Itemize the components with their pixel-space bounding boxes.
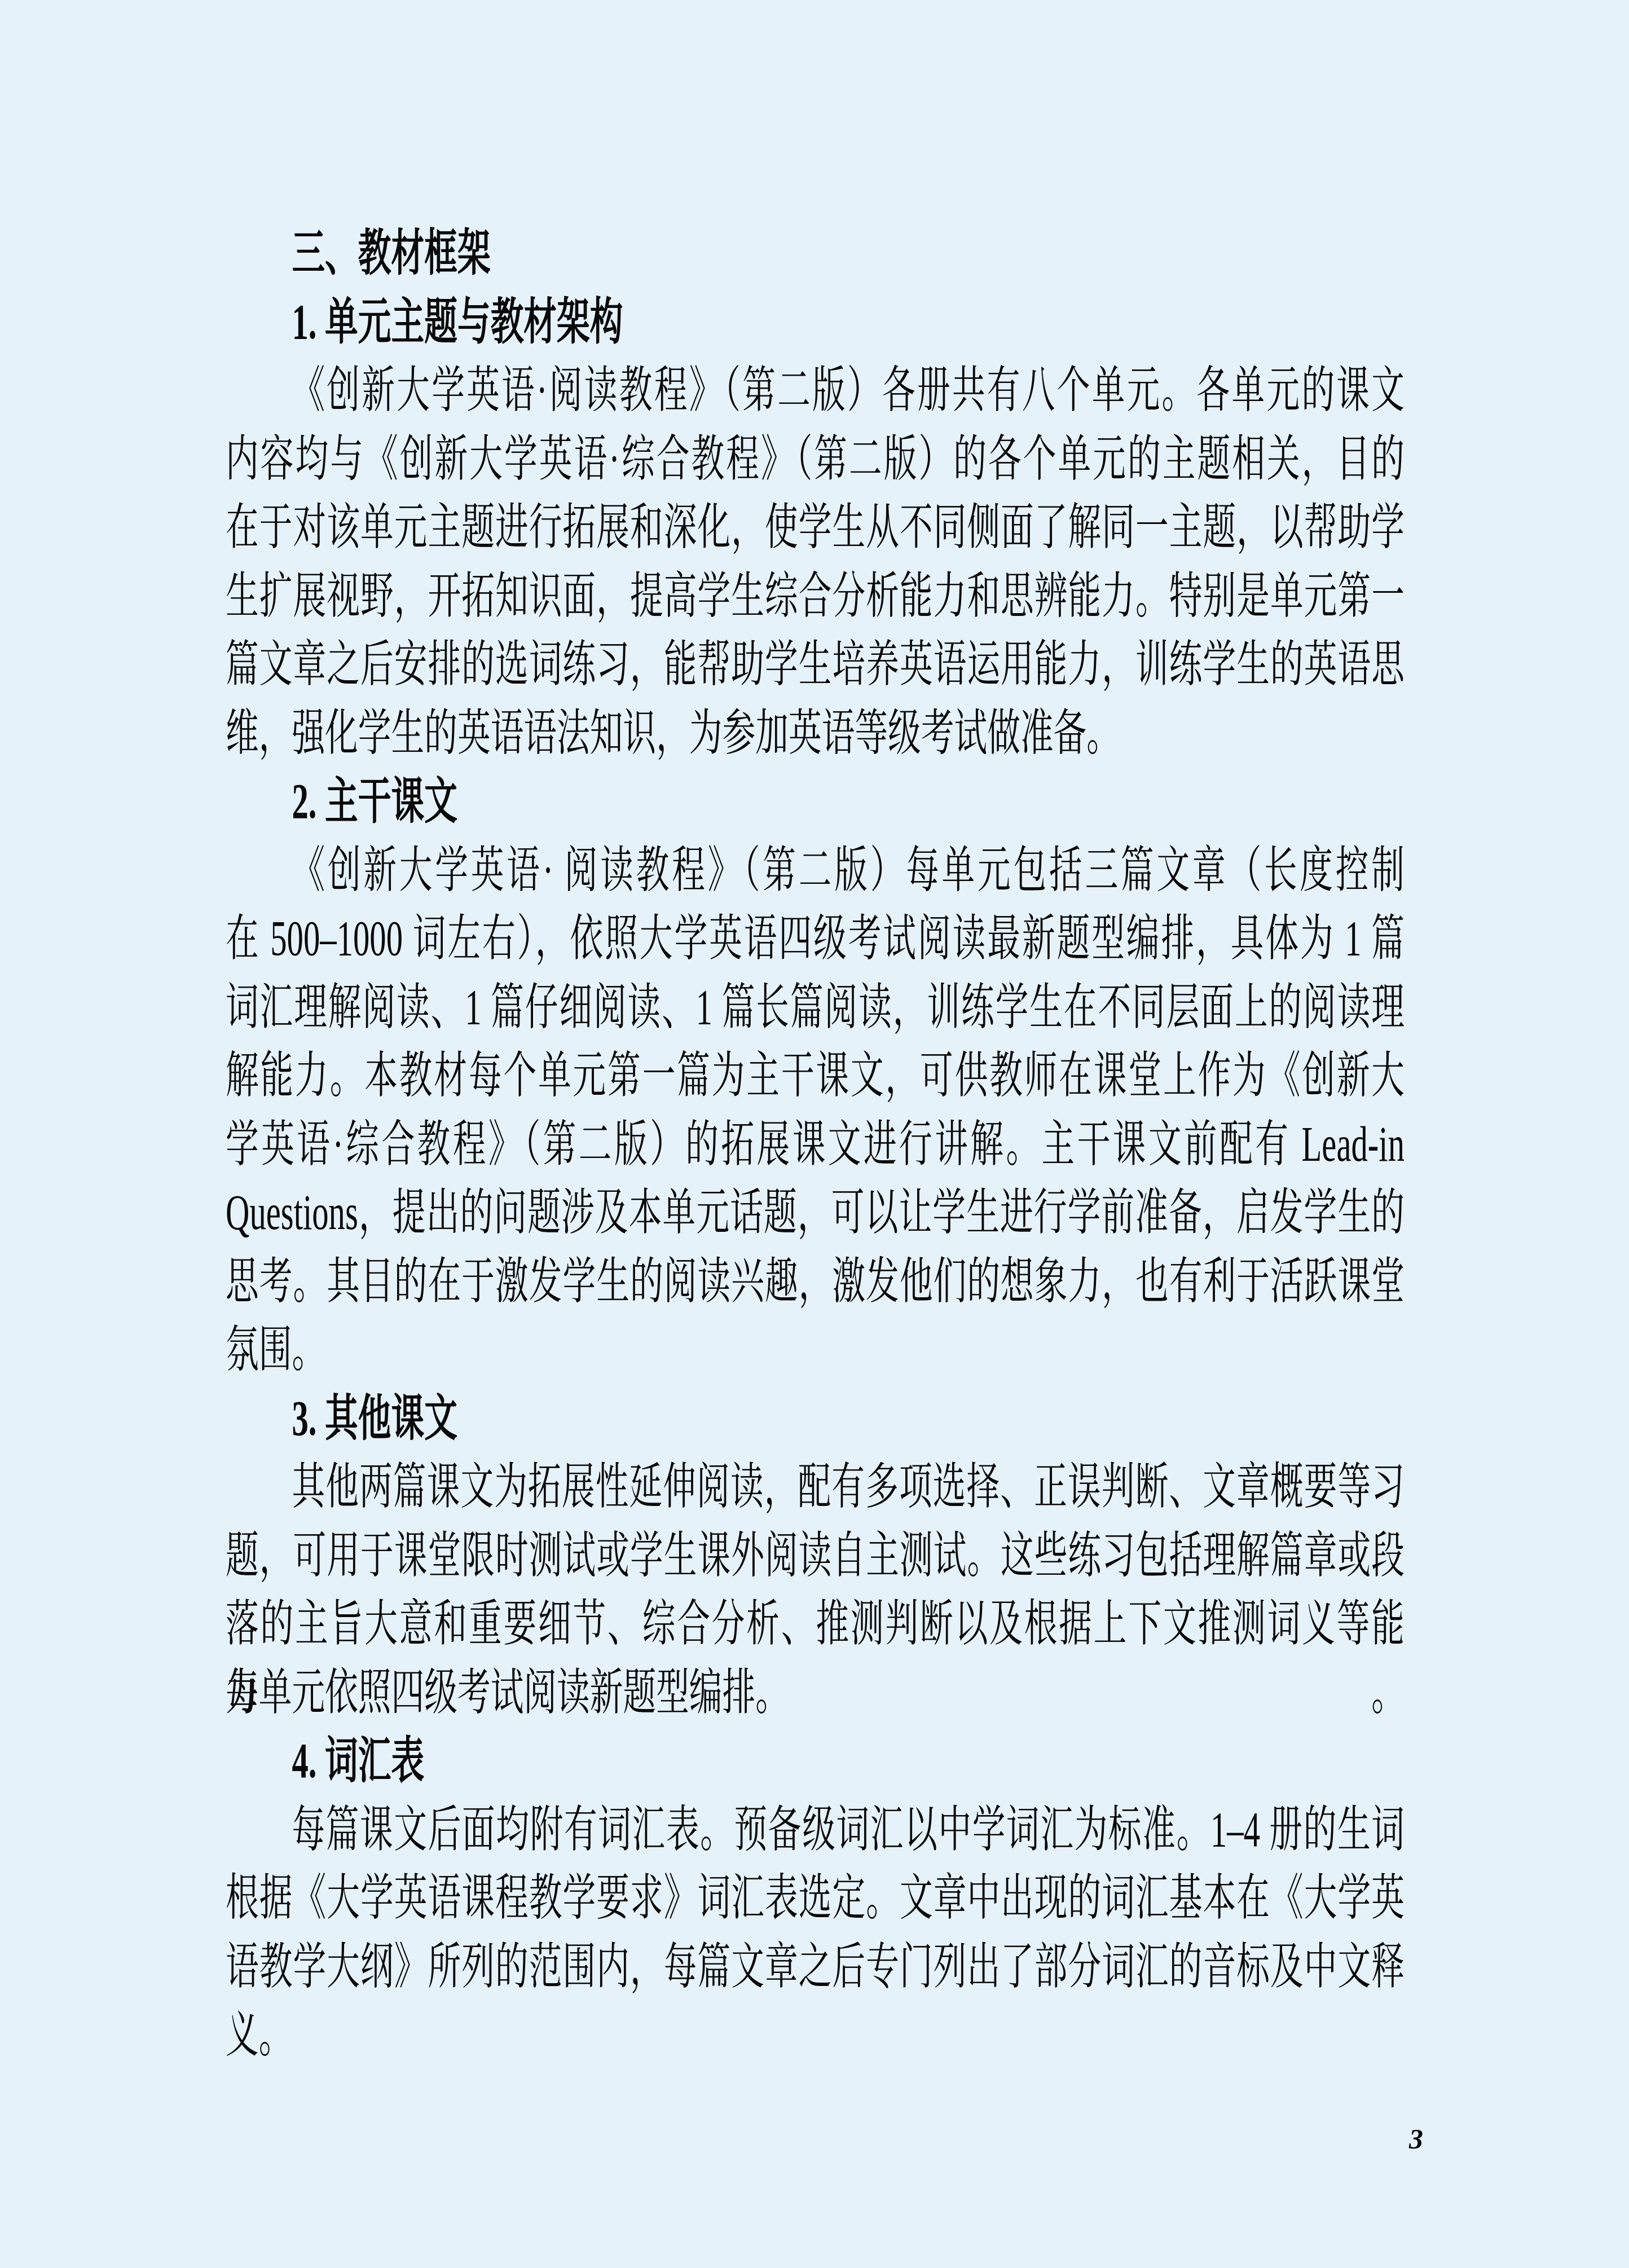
body-line: 词汇理解阅读、1 篇仔细阅读、1 篇长篇阅读，训练学生在不同层面上的阅读理 [226,974,1405,1042]
body-line: 氛围。 [226,1316,1405,1385]
body-line: 根据《大学英语课程教学要求》词汇表选定。文章中出现的词汇基本在《大学英 [226,1864,1405,1933]
body-line: 内容均与《创新大学英语·综合教程》（第二版）的各个单元的主题相关，目的 [226,425,1405,494]
body-line: 每篇课文后面均附有词汇表。预备级词汇以中学词汇为标准。1–4 册的生词 [226,1796,1405,1865]
body-line: Questions，提出的问题涉及本单元话题，可以让学生进行学前准备，启发学生的 [226,1179,1405,1248]
subheading-3: 3. 其他课文 [226,1385,1405,1454]
subheading-2: 2. 主干课文 [226,768,1405,836]
body-line: 《创新大学英语·阅读教程》（第二版）各册共有八个单元。各单元的课文 [226,356,1405,425]
body-line: 生扩展视野，开拓知识面，提高学生综合分析能力和思辨能力。特别是单元第一 [226,562,1405,631]
subheading-4: 4. 词汇表 [226,1727,1405,1796]
body-line: 篇文章之后安排的选词练习，能帮助学生培养英语运用能力，训练学生的英语思 [226,631,1405,699]
body-line: 其他两篇课文为拓展性延伸阅读，配有多项选择、正误判断、文章概要等习 [226,1453,1405,1522]
body-line: 思考。其目的在于激发学生的阅读兴趣，激发他们的想象力，也有利于活跃课堂 [226,1248,1405,1316]
body-line: 题，可用于课堂限时测试或学生课外阅读自主测试。这些练习包括理解篇章或段 [226,1522,1405,1591]
body-line: 维，强化学生的英语语法知识，为参加英语等级考试做准备。 [226,699,1405,768]
main-heading: 三、教材框架 [226,219,1405,288]
body-line: 在于对该单元主题进行拓展和深化，使学生从不同侧面了解同一主题，以帮助学 [226,494,1405,562]
body-line: 义。 [226,2001,1405,2070]
text-block: 三、教材框架 1. 单元主题与教材架构 《创新大学英语·阅读教程》（第二版）各册… [226,219,1405,2070]
body-line: 语教学大纲》所列的范围内，每篇文章之后专门列出了部分词汇的音标及中文释 [226,1933,1405,2002]
body-line: 解能力。本教材每个单元第一篇为主干课文，可供教师在课堂上作为《创新大 [226,1042,1405,1111]
page-number: 3 [1409,2122,1423,2155]
body-line: 在 500–1000 词左右），依照大学英语四级考试阅读最新题型编排，具体为 1… [226,905,1405,974]
subheading-1: 1. 单元主题与教材架构 [226,288,1405,357]
body-line: 学英语·综合教程》（第二版）的拓展课文进行讲解。主干课文前配有 Lead-in [226,1111,1405,1179]
document-page: 三、教材框架 1. 单元主题与教材架构 《创新大学英语·阅读教程》（第二版）各册… [0,0,1629,2268]
body-line: 落的主旨大意和重要细节、综合分析、推测判断以及根据上下文推测词义等能力。 [226,1590,1405,1659]
body-line: 《创新大学英语· 阅读教程》（第二版）每单元包括三篇文章（长度控制 [226,836,1405,905]
